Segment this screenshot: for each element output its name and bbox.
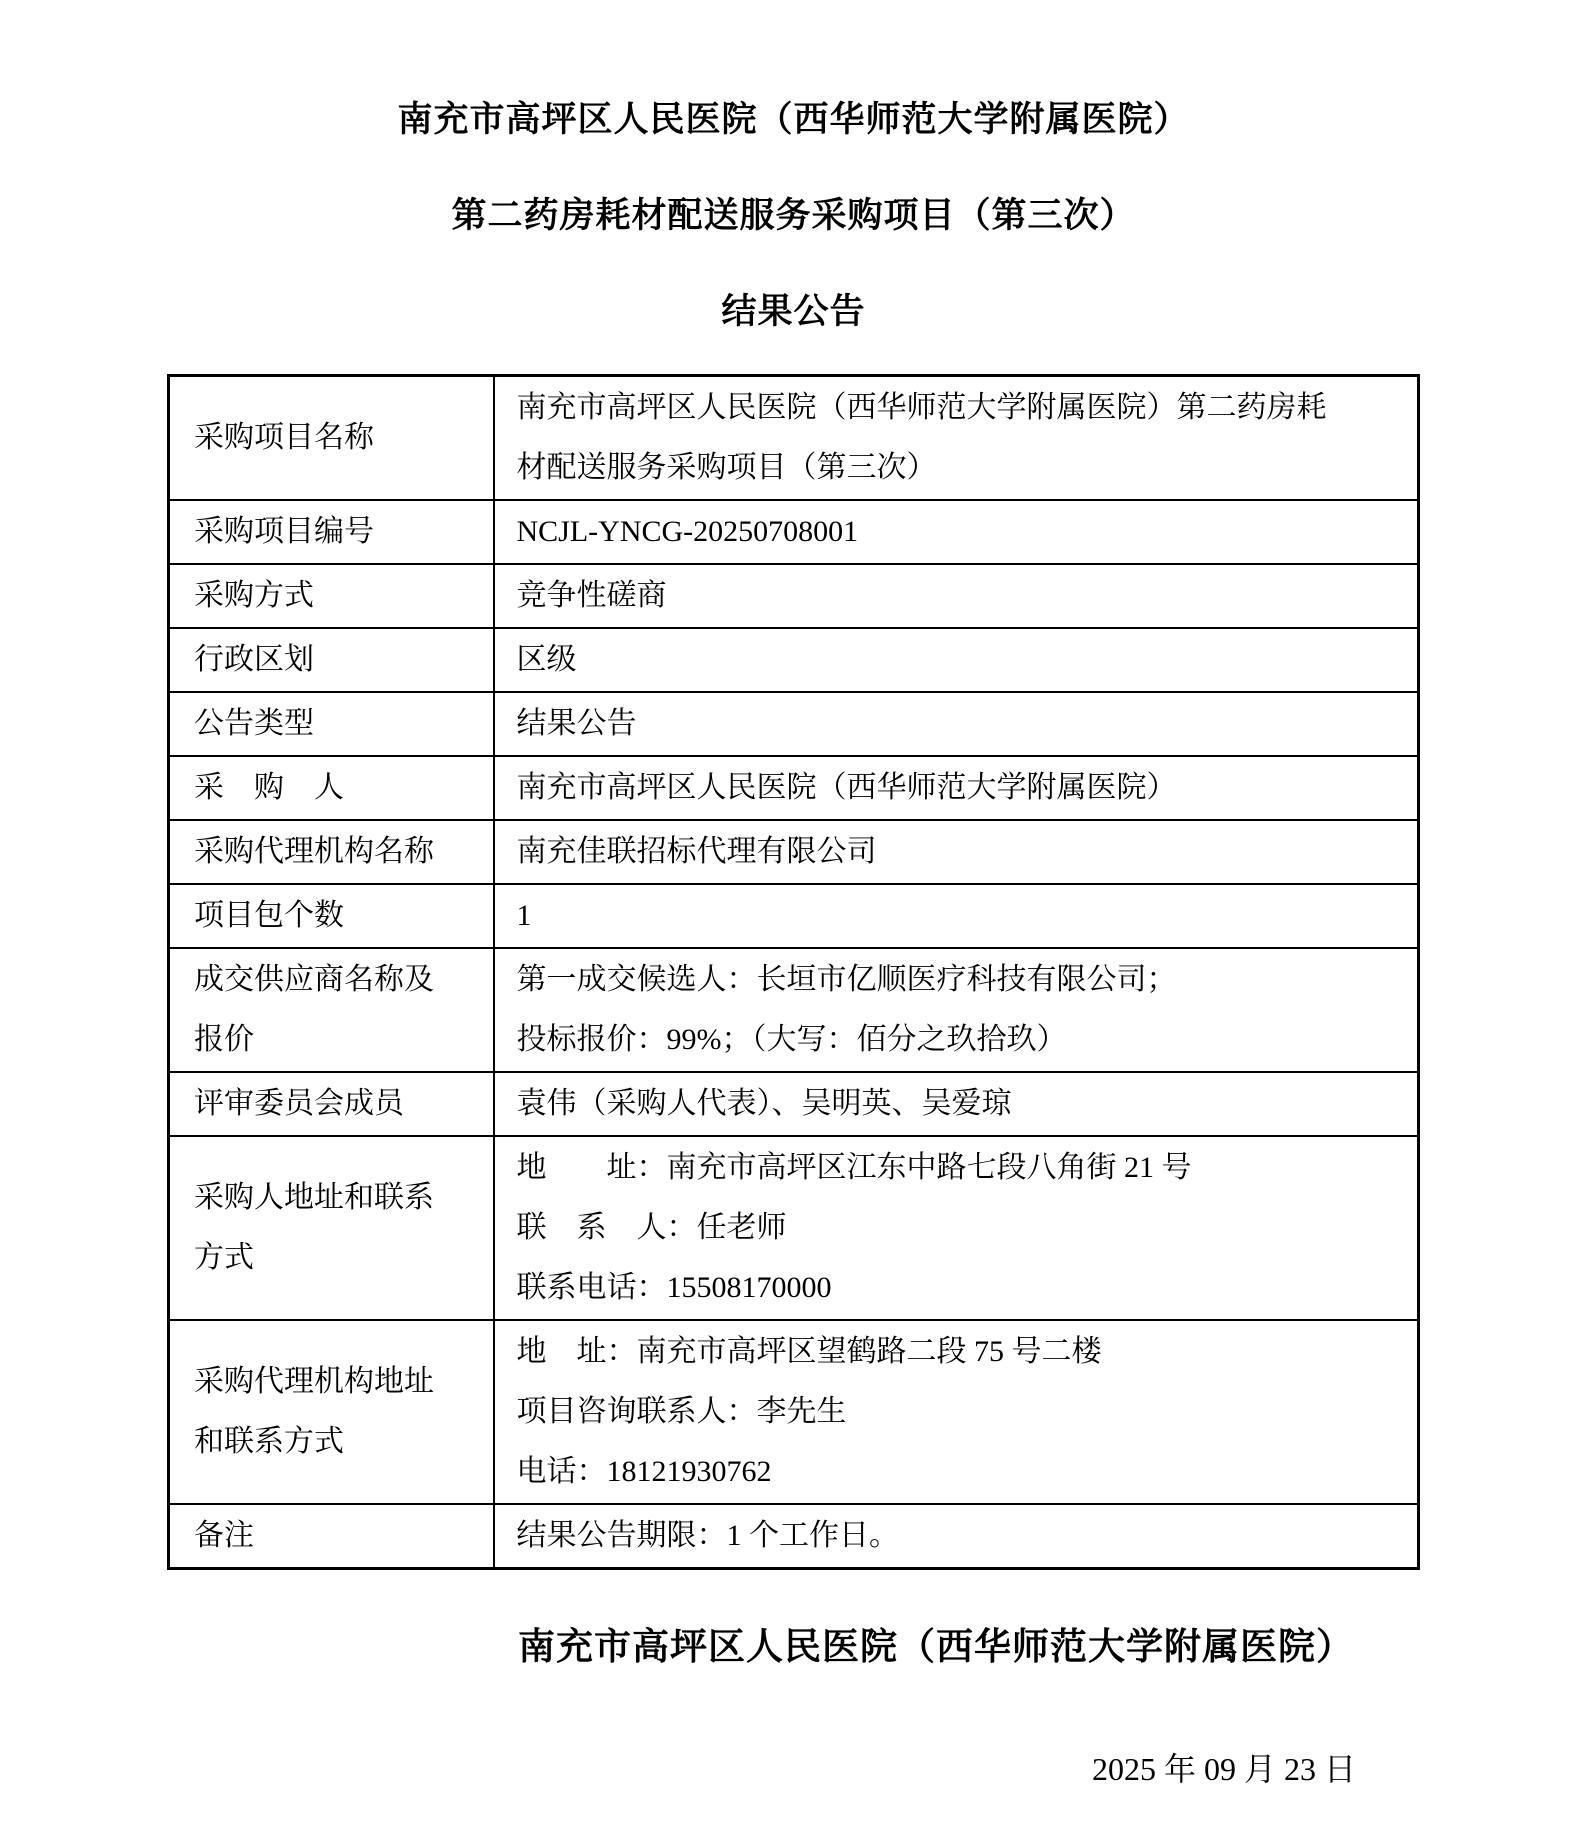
doc-title-line-1: 南充市高坪区人民医院（西华师范大学附属医院）	[0, 72, 1587, 168]
value-line: 结果公告	[517, 694, 1400, 754]
row-value: 地 址：南充市高坪区江东中路七段八角街 21 号 联 系 人：任老师 联系电话：…	[494, 1136, 1419, 1320]
row-value: 袁伟（采购人代表）、吴明英、吴爱琼	[494, 1072, 1419, 1136]
value-line: 第一成交候选人：长垣市亿顺医疗科技有限公司；	[517, 950, 1400, 1010]
table-row-project-name: 采购项目名称 南充市高坪区人民医院（西华师范大学附属医院）第二药房耗 材配送服务…	[169, 376, 1419, 501]
row-label: 采购项目名称	[169, 376, 494, 501]
value-line: 地 址：南充市高坪区江东中路七段八角街 21 号	[517, 1138, 1400, 1198]
row-value: 第一成交候选人：长垣市亿顺医疗科技有限公司； 投标报价：99%；（大写：佰分之玖…	[494, 948, 1419, 1072]
row-value: 结果公告期限：1 个工作日。	[494, 1504, 1419, 1569]
table-row-admin-region: 行政区划 区级	[169, 628, 1419, 692]
value-line: 电话：18121930762	[517, 1442, 1400, 1502]
row-value: 地 址：南充市高坪区望鹤路二段 75 号二楼 项目咨询联系人：李先生 电话：18…	[494, 1320, 1419, 1504]
table-row-remarks: 备注 结果公告期限：1 个工作日。	[169, 1504, 1419, 1569]
value-line: 联 系 人：任老师	[517, 1198, 1400, 1258]
row-label: 成交供应商名称及报价	[169, 948, 494, 1072]
row-value: 区级	[494, 628, 1419, 692]
doc-title-line-3: 结果公告	[0, 264, 1587, 360]
document-page: 南充市高坪区人民医院（西华师范大学附属医院） 第二药房耗材配送服务采购项目（第三…	[0, 0, 1587, 1841]
row-value: NCJL-YNCG-20250708001	[494, 500, 1419, 564]
value-line: NCJL-YNCG-20250708001	[517, 502, 1400, 562]
row-value: 竞争性磋商	[494, 564, 1419, 628]
row-value: 南充佳联招标代理有限公司	[494, 820, 1419, 884]
row-value: 南充市高坪区人民医院（西华师范大学附属医院）	[494, 756, 1419, 820]
table-row-project-number: 采购项目编号 NCJL-YNCG-20250708001	[169, 500, 1419, 564]
footer-organization: 南充市高坪区人民医院（西华师范大学附属医院）	[0, 1616, 1587, 1670]
value-line: 南充市高坪区人民医院（西华师范大学附属医院）	[517, 758, 1400, 818]
row-value: 结果公告	[494, 692, 1419, 756]
row-label: 行政区划	[169, 628, 494, 692]
table-row-purchaser-contact: 采购人地址和联系方式 地 址：南充市高坪区江东中路七段八角街 21 号 联 系 …	[169, 1136, 1419, 1320]
table-row-agency-name: 采购代理机构名称 南充佳联招标代理有限公司	[169, 820, 1419, 884]
table-row-winning-supplier: 成交供应商名称及报价 第一成交候选人：长垣市亿顺医疗科技有限公司； 投标报价：9…	[169, 948, 1419, 1072]
table-row-agency-contact: 采购代理机构地址和联系方式 地 址：南充市高坪区望鹤路二段 75 号二楼 项目咨…	[169, 1320, 1419, 1504]
value-line: 区级	[517, 630, 1400, 690]
table-row-package-count: 项目包个数 1	[169, 884, 1419, 948]
table-row-announcement-type: 公告类型 结果公告	[169, 692, 1419, 756]
value-line: 袁伟（采购人代表）、吴明英、吴爱琼	[517, 1074, 1400, 1134]
row-label: 备注	[169, 1504, 494, 1569]
table-row-purchaser: 采 购 人 南充市高坪区人民医院（西华师范大学附属医院）	[169, 756, 1419, 820]
doc-title-line-2: 第二药房耗材配送服务采购项目（第三次）	[0, 168, 1587, 264]
row-value: 1	[494, 884, 1419, 948]
value-line: 竞争性磋商	[517, 566, 1400, 626]
row-label: 采购代理机构地址和联系方式	[169, 1320, 494, 1504]
document-title-block: 南充市高坪区人民医院（西华师范大学附属医院） 第二药房耗材配送服务采购项目（第三…	[0, 72, 1587, 360]
value-line: 联系电话：15508170000	[517, 1258, 1400, 1318]
row-value: 南充市高坪区人民医院（西华师范大学附属医院）第二药房耗 材配送服务采购项目（第三…	[494, 376, 1419, 501]
row-label: 采购人地址和联系方式	[169, 1136, 494, 1320]
value-line: 项目咨询联系人：李先生	[517, 1382, 1400, 1442]
value-line: 1	[517, 886, 1400, 946]
row-label: 采购项目编号	[169, 500, 494, 564]
announcement-table: 采购项目名称 南充市高坪区人民医院（西华师范大学附属医院）第二药房耗 材配送服务…	[167, 374, 1420, 1570]
value-line: 结果公告期限：1 个工作日。	[517, 1506, 1400, 1566]
table-row-review-committee: 评审委员会成员 袁伟（采购人代表）、吴明英、吴爱琼	[169, 1072, 1419, 1136]
row-label: 采购代理机构名称	[169, 820, 494, 884]
footer-date: 2025 年 09 月 23 日	[0, 1744, 1587, 1790]
table-row-procurement-method: 采购方式 竞争性磋商	[169, 564, 1419, 628]
value-line: 南充市高坪区人民医院（西华师范大学附属医院）第二药房耗	[517, 378, 1400, 438]
row-label: 采购方式	[169, 564, 494, 628]
value-line: 材配送服务采购项目（第三次）	[517, 438, 1400, 498]
row-label: 公告类型	[169, 692, 494, 756]
row-label: 评审委员会成员	[169, 1072, 494, 1136]
row-label: 项目包个数	[169, 884, 494, 948]
row-label: 采 购 人	[169, 756, 494, 820]
value-line: 地 址：南充市高坪区望鹤路二段 75 号二楼	[517, 1322, 1400, 1382]
value-line: 南充佳联招标代理有限公司	[517, 822, 1400, 882]
value-line: 投标报价：99%；（大写：佰分之玖拾玖）	[517, 1010, 1400, 1070]
